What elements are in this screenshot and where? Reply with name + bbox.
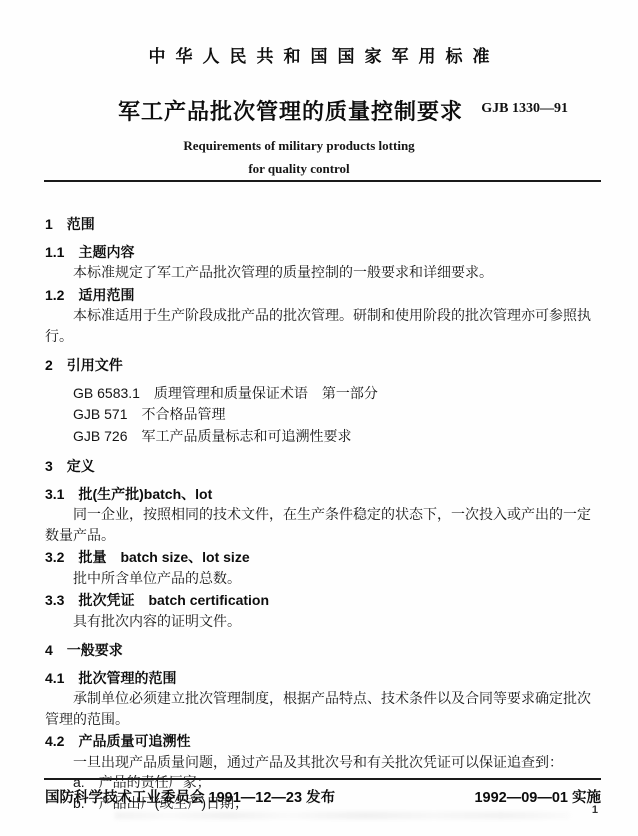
section-4-2-heading: 4.2 产品质量可追溯性: [45, 731, 602, 752]
chapter-3-heading: 3 定义: [45, 456, 602, 477]
reference-item-gjb726: GJB 726 军工产品质量标志和可追溯性要求: [73, 426, 602, 448]
section-3-3-paragraph: 具有批次内容的证明文件。: [45, 611, 602, 632]
chapter-2-heading: 2 引用文件: [45, 355, 602, 376]
standard-number: GJB 1330—91: [481, 101, 568, 117]
title-row: 军工产品批次管理的质量控制要求 GJB 1330—91: [118, 95, 568, 126]
document-page: 中华人民共和国国家军用标准 军工产品批次管理的质量控制要求 GJB 1330—9…: [0, 0, 638, 836]
scan-bleedthrough-smudge: [115, 812, 570, 819]
reference-list: GB 6583.1 质理管理和质量保证术语 第一部分 GJB 571 不合格品管…: [45, 383, 602, 448]
document-body: 1 范围 1.1 主题内容 本标准规定了军工产品批次管理的质量控制的一般要求和详…: [45, 205, 602, 813]
section-1-1-paragraph: 本标准规定了军工产品批次管理的质量控制的一般要求和详细要求。: [45, 262, 602, 283]
document-title: 军工产品批次管理的质量控制要求: [118, 95, 463, 126]
english-subtitle-line2: for quality control: [0, 157, 638, 180]
section-3-2-heading: 3.2 批量 batch size、lot size: [45, 547, 602, 568]
footer-implemented-date: 1992—09—01 实施: [474, 786, 601, 807]
section-3-2-paragraph: 批中所含单位产品的总数。: [45, 568, 602, 589]
reference-item-gb6583: GB 6583.1 质理管理和质量保证术语 第一部分: [73, 383, 602, 405]
section-1-2-heading: 1.2 适用范围: [45, 285, 602, 306]
section-4-1-paragraph: 承制单位必须建立批次管理制度，根据产品特点、技术条件以及合同等要求确定批次管理的…: [45, 688, 602, 729]
english-subtitle-line1: Requirements of military products lottin…: [0, 134, 638, 157]
bottom-rule: [44, 778, 601, 780]
section-3-1-paragraph: 同一企业，按照相同的技术文件，在生产条件稳定的状态下，一次投入或产出的一定数量产…: [45, 504, 602, 545]
section-4-1-heading: 4.1 批次管理的范围: [45, 668, 602, 689]
section-1-1-heading: 1.1 主题内容: [45, 242, 602, 263]
top-rule: [44, 180, 601, 182]
reference-item-gjb571: GJB 571 不合格品管理: [73, 404, 602, 426]
page-number: 1: [592, 804, 598, 816]
document-footer: 国防科学技术工业委员会 1991—12—23 发布 1992—09—01 实施: [45, 786, 601, 807]
footer-issued-by: 国防科学技术工业委员会 1991—12—23 发布: [45, 786, 335, 807]
national-standard-header: 中华人民共和国国家军用标准: [0, 42, 638, 67]
section-3-1-heading: 3.1 批(生产批)batch、lot: [45, 484, 602, 505]
section-4-2-paragraph: 一旦出现产品质量问题，通过产品及其批次号和有关批次凭证可以保证追查到：: [45, 752, 602, 773]
english-subtitle: Requirements of military products lottin…: [0, 134, 638, 180]
chapter-1-heading: 1 范围: [45, 214, 602, 235]
section-3-3-heading: 3.3 批次凭证 batch certification: [45, 590, 602, 611]
section-1-2-paragraph: 本标准适用于生产阶段成批产品的批次管理。研制和使用阶段的批次管理亦可参照执行。: [45, 305, 602, 346]
chapter-4-heading: 4 一般要求: [45, 640, 602, 661]
